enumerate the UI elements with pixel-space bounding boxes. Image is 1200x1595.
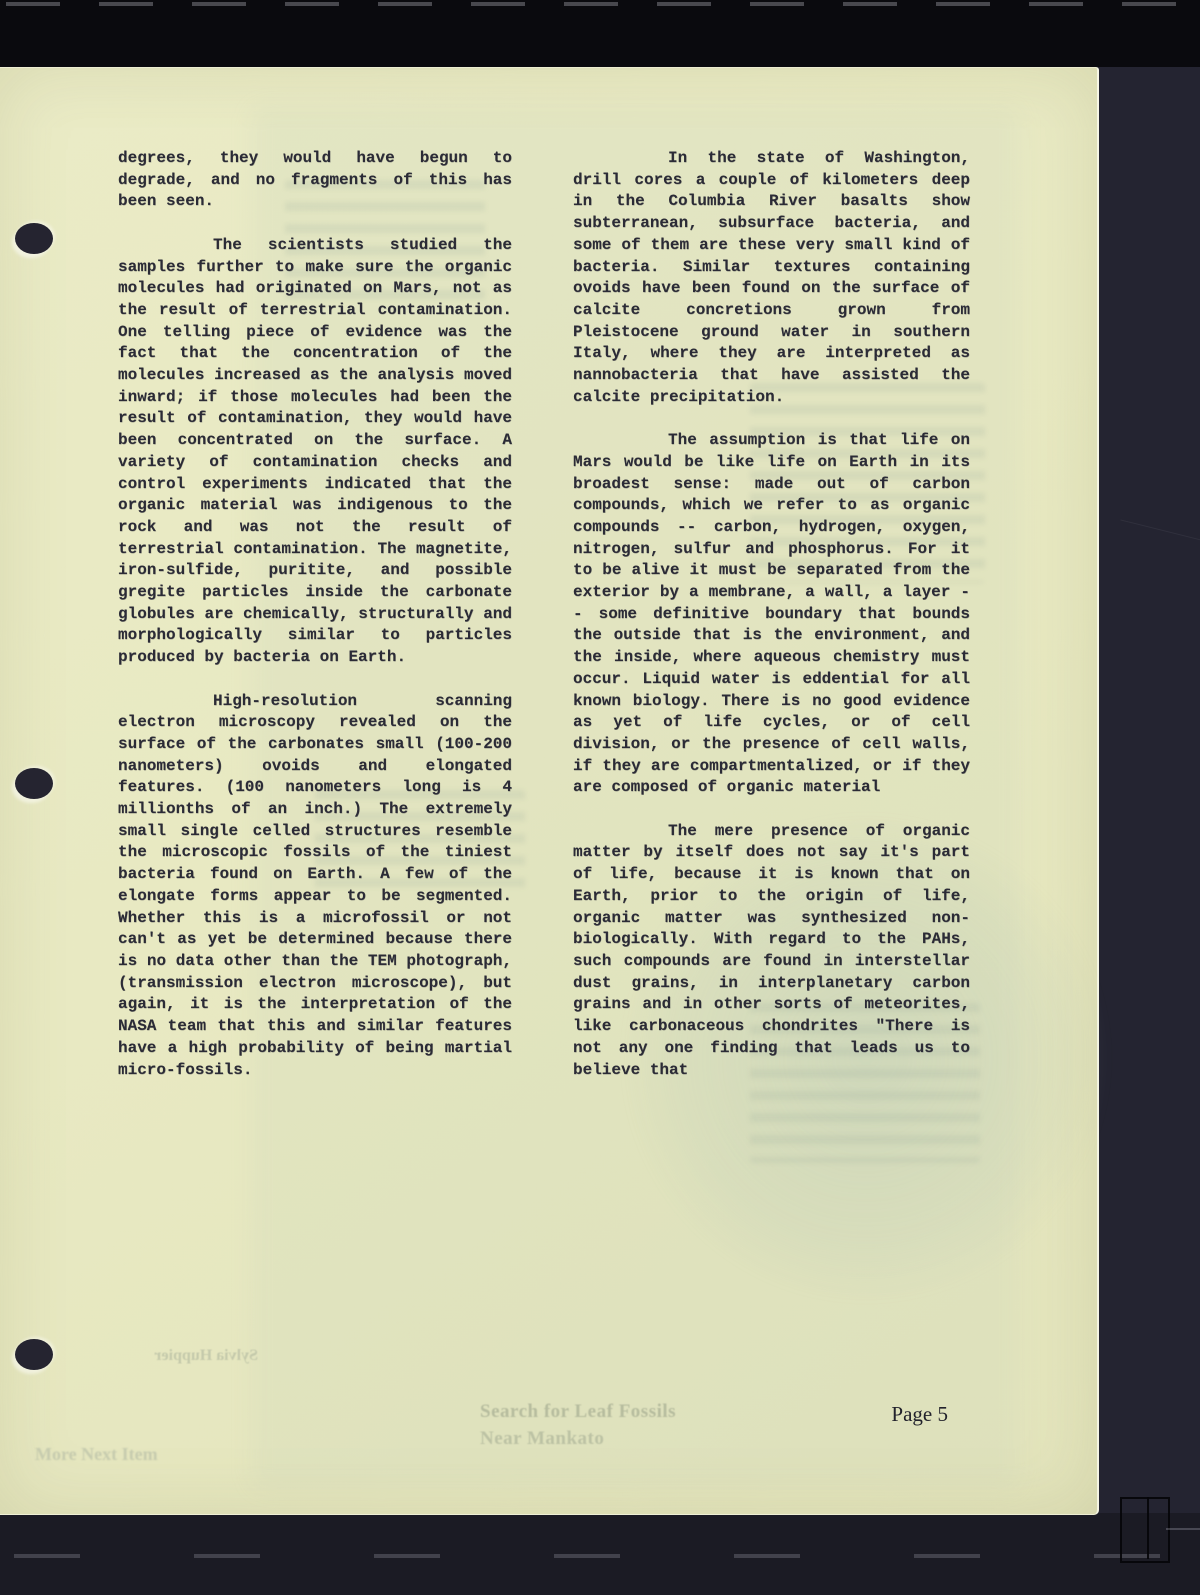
- body-paragraph: The mere presence of organic matter by i…: [573, 821, 970, 1081]
- body-paragraph: High-resolution scanning electron micros…: [118, 691, 512, 1082]
- film-emboss-mark: [1120, 1497, 1170, 1563]
- body-paragraph: In the state of Washington, drill cores …: [573, 148, 970, 408]
- film-emboss-mark: [1147, 1497, 1149, 1559]
- paper-page: degrees, they would have begun to degrad…: [0, 67, 1099, 1515]
- ghost-text-caption-line2: Near Mankato: [480, 1428, 604, 1450]
- ghost-text-caption-line1: Search for Leaf Fossils: [480, 1401, 676, 1423]
- scanned-document-photo: degrees, they would have begun to degrad…: [0, 0, 1200, 1595]
- body-paragraph: The scientists studied the samples furth…: [118, 235, 512, 669]
- ghost-text-bottom-left: More Next Item: [35, 1444, 158, 1465]
- film-edge-marks-bottom: [14, 1554, 1194, 1558]
- punch-hole-bottom: [15, 1339, 53, 1370]
- film-edge-marks-top: [6, 2, 1196, 6]
- film-scratch: [1120, 519, 1200, 561]
- ghost-text-signature: Sylvia Huppier: [108, 1347, 258, 1365]
- body-paragraph: The assumption is that life on Mars woul…: [573, 430, 970, 799]
- punch-hole-top: [15, 223, 53, 254]
- left-column: degrees, they would have begun to degrad…: [118, 148, 512, 1081]
- film-strip-top: [0, 0, 1200, 67]
- right-column: In the state of Washington, drill cores …: [573, 148, 970, 1081]
- page-number: Page 5: [798, 1402, 948, 1427]
- film-emboss-mark: [1166, 1528, 1200, 1530]
- body-paragraph: degrees, they would have begun to degrad…: [118, 148, 512, 213]
- punch-hole-middle: [15, 768, 53, 799]
